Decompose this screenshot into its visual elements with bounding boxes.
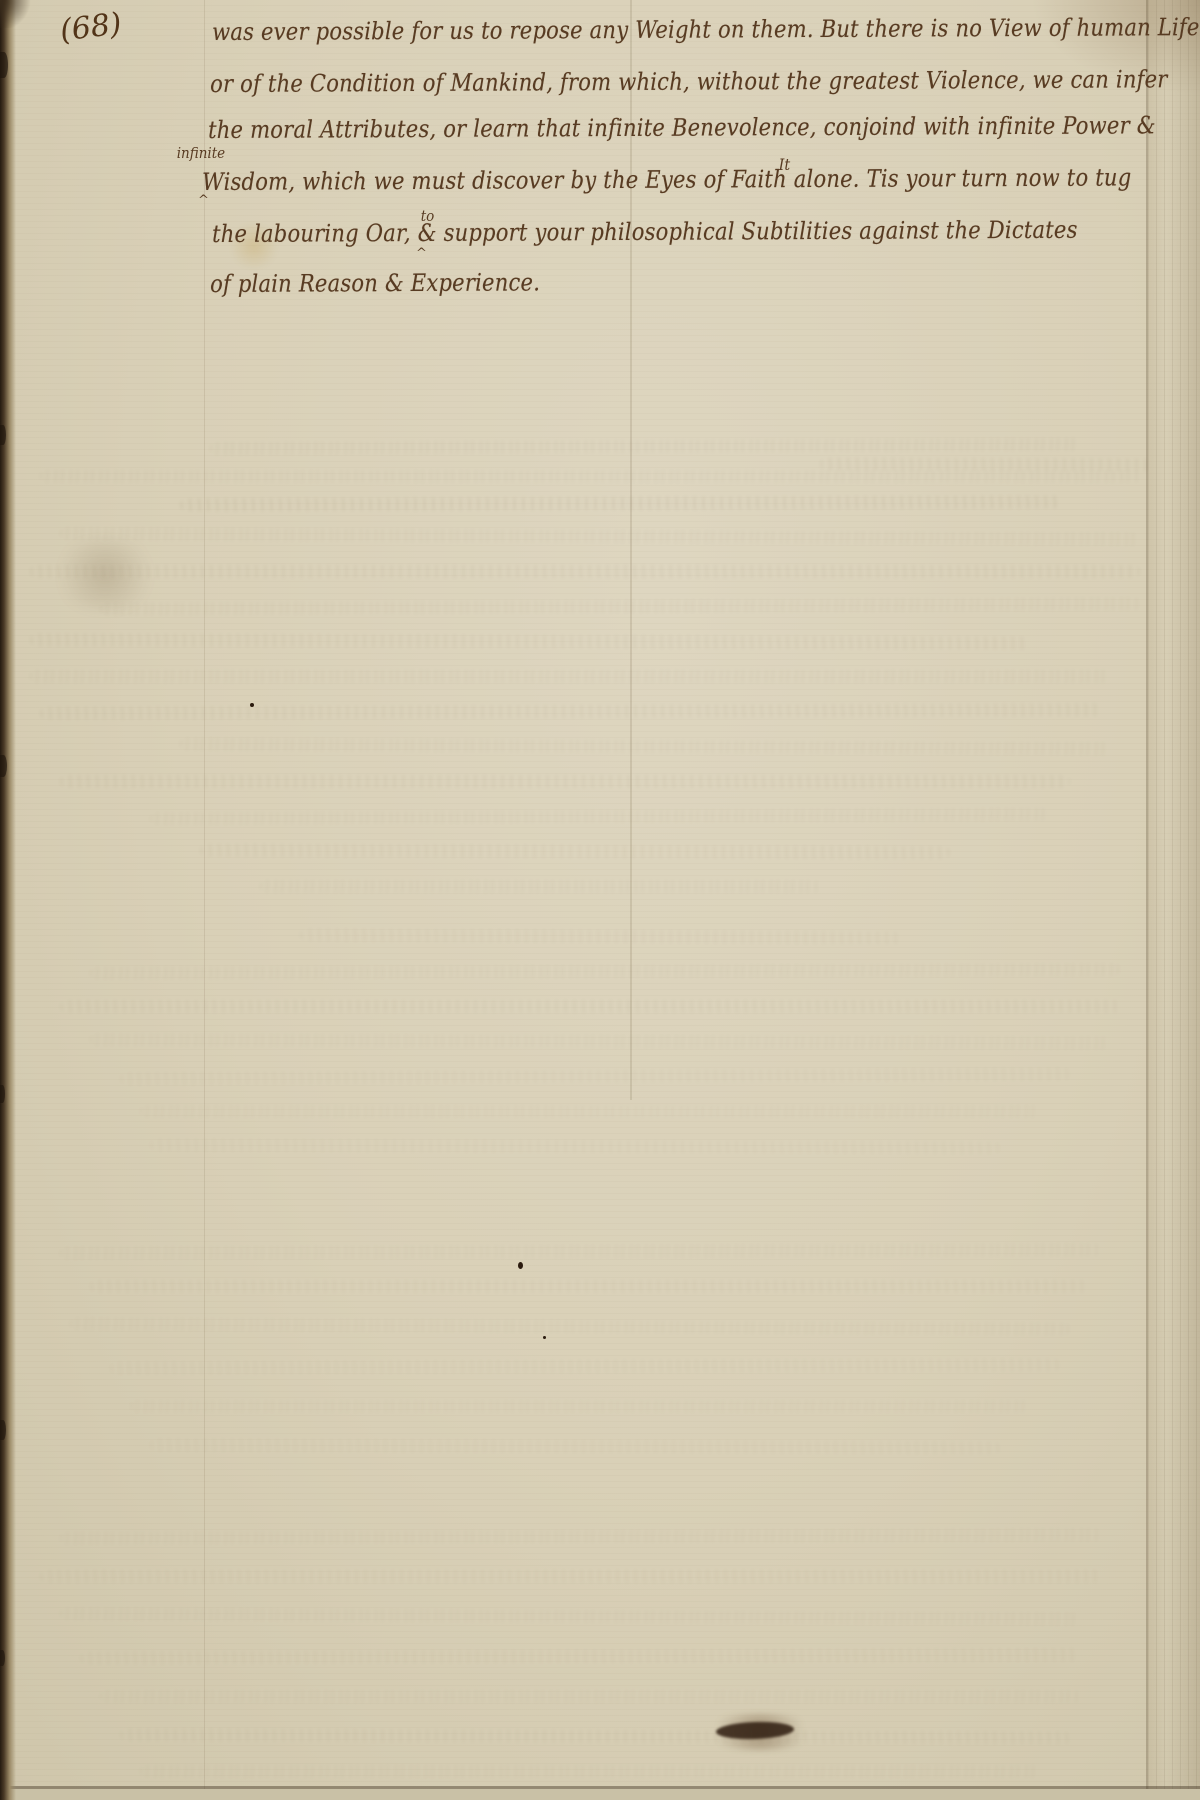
bleedthrough-line [40,470,1140,483]
ink-speck [518,1262,523,1269]
bleedthrough-line [70,1317,1070,1335]
bleedthrough-line [260,880,820,893]
manuscript-page: (68) was ever possible for us to repose … [0,0,1200,1800]
bleedthrough-line [30,565,1140,578]
bleedthrough-line [150,808,1050,826]
bleedthrough-line [60,527,1140,546]
bleedthrough-line [180,495,1060,511]
bleedthrough-line [60,1000,1120,1013]
insertion-it: It [779,155,790,174]
bleedthrough-line [30,670,1110,683]
bleedthrough-line [120,1068,1070,1086]
bleedthrough-line [40,703,1100,720]
bleedthrough-line [60,1243,1100,1260]
bleedthrough-line [40,1570,1100,1583]
bleedthrough-line [300,928,900,944]
caret-mark: ^ [416,246,427,261]
bleedthrough-line [60,1528,1100,1545]
right-edge-crease [1146,0,1148,1800]
bleedthrough-line [60,775,1070,788]
bleedthrough-line [80,1648,1080,1664]
margin-crease-line [204,0,205,1800]
binding-notch [0,425,6,445]
bleedthrough-line [60,1607,1080,1625]
binding-notch [0,1650,5,1666]
page-corner-shadow [0,0,34,28]
bleedthrough-line [200,844,950,860]
bleedthrough-line [90,963,1120,980]
binding-notch [0,1085,5,1103]
bleedthrough-line [140,1105,1040,1118]
bleedthrough-line [30,633,1030,649]
bleedthrough-line [130,1400,1030,1413]
bleedthrough-line [90,1280,1090,1293]
bleedthrough-line [100,597,1140,615]
underlying-page-strip [0,1789,1200,1800]
bleedthrough-line [150,1139,1000,1155]
binding-notch [0,52,8,78]
bleedthrough-line [110,1358,1060,1374]
bleedthrough-line [120,1728,1070,1744]
manuscript-line-1: was ever possible for us to repose any W… [212,13,1200,46]
page-number: (68) [58,6,123,48]
binding-notch [0,1420,6,1440]
fore-edge-strip [1148,0,1200,1800]
manuscript-line-4: Wisdom, which we must discover by the Ey… [202,163,1131,196]
manuscript-line-3: the moral Attributes, or learn that infi… [208,111,1156,144]
insertion-to: to [421,207,435,225]
caret-mark: ^ [198,193,209,208]
binding-edge [0,0,16,1800]
ink-speck [543,1336,546,1339]
manuscript-line-6: of plain Reason & Experience. [210,268,540,298]
bleedthrough-line [150,1439,1000,1455]
bleedthrough-line [140,1765,1040,1778]
bleedthrough-line [210,438,1080,456]
bleedthrough-line [90,1033,1110,1050]
binding-notch [0,755,7,777]
bleedthrough-line [180,738,1110,756]
insertion-infinite: infinite [177,144,225,162]
manuscript-line-2: or of the Condition of Mankind, from whi… [210,65,1168,98]
manuscript-line-5: the labouring Oar, & support your philos… [212,216,1078,248]
bleedthrough-line [100,1690,1080,1703]
